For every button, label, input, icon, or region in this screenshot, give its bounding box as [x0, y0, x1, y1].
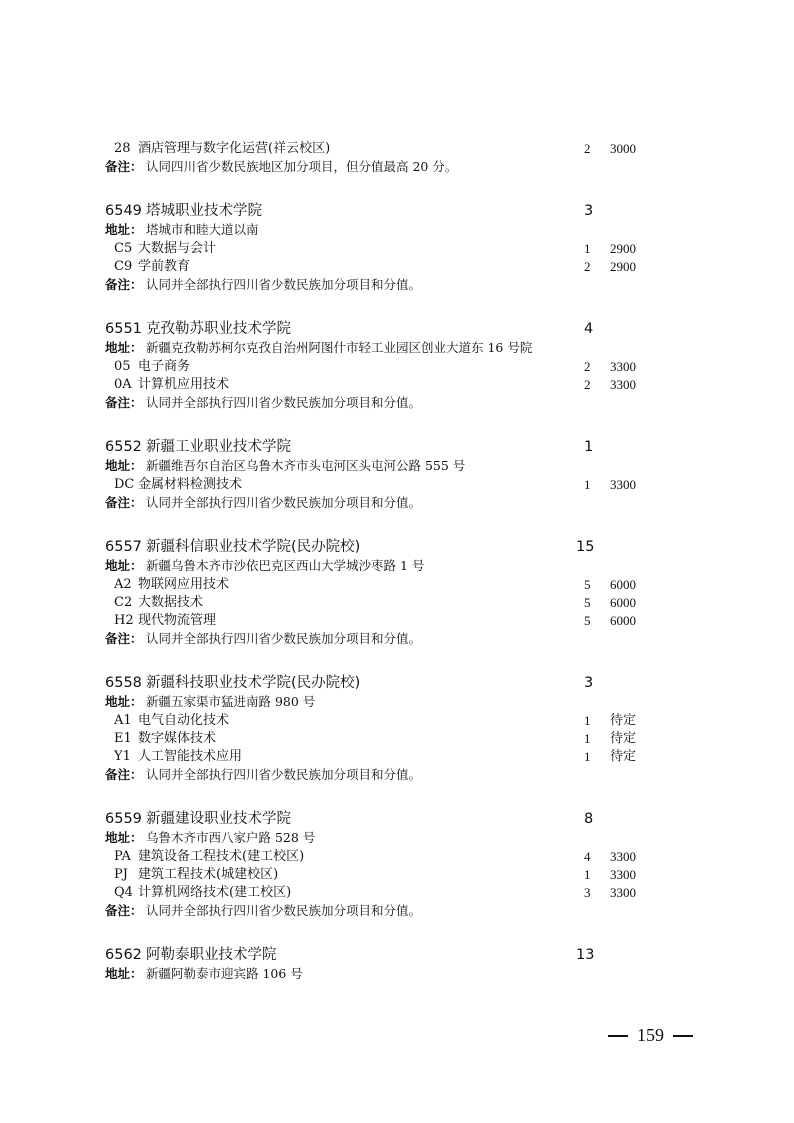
note-row: 备注： 认同并全部执行四川省少数民族加分项目和分值。 — [0, 902, 794, 920]
program-quota: 2 — [584, 140, 591, 158]
program-fee: 6000 — [610, 612, 636, 630]
address-label: 地址： — [105, 457, 143, 475]
institution-code: 6549 — [105, 202, 142, 220]
program-code: DC — [114, 476, 134, 494]
note-label: 备注： — [105, 494, 143, 512]
program-code: 05 — [114, 358, 131, 376]
program-fee: 3300 — [610, 476, 636, 494]
program-fee: 3300 — [610, 884, 636, 902]
address-row: 地址： 塔城市和睦大道以南 — [0, 221, 794, 239]
address-label: 地址： — [105, 965, 143, 983]
program-code: PJ — [114, 866, 128, 884]
institution-total: 8 — [584, 810, 593, 828]
institution-code: 6552 — [105, 438, 142, 456]
program-row: A2 物联网应用技术 5 6000 — [0, 576, 794, 594]
program-row: Q4 计算机网络技术(建工校区) 3 3300 — [0, 884, 794, 902]
institution-name: 新疆科技职业技术学院(民办院校) — [146, 674, 360, 692]
program-quota: 4 — [584, 848, 591, 866]
program-code: 0A — [114, 376, 132, 394]
institution-total: 13 — [576, 946, 594, 964]
address-text: 新疆五家渠市猛进南路 980 号 — [146, 693, 315, 711]
institution-name: 阿勒泰职业技术学院 — [146, 946, 277, 964]
program-row: A1 电气自动化技术 1 待定 — [0, 712, 794, 730]
address-label: 地址： — [105, 221, 143, 239]
page-footer: 159 — [608, 1024, 693, 1046]
note-text: 认同并全部执行四川省少数民族加分项目和分值。 — [146, 630, 421, 648]
program-quota: 1 — [584, 730, 591, 748]
institution-name: 新疆建设职业技术学院 — [146, 810, 291, 828]
program-name: 金属材料检测技术 — [138, 476, 242, 494]
dash-left-icon — [608, 1035, 628, 1037]
program-code: C9 — [114, 258, 132, 276]
address-row: 地址： 新疆乌鲁木齐市沙依巴克区西山大学城沙枣路 1 号 — [0, 557, 794, 575]
program-name: 电气自动化技术 — [138, 712, 229, 730]
institution-total: 1 — [584, 438, 593, 456]
program-quota: 2 — [584, 376, 591, 394]
institution-header: 6551 克孜勒苏职业技术学院 4 — [0, 320, 794, 338]
note-text: 认同四川省少数民族地区加分项目，但分值最高 20 分。 — [146, 158, 457, 176]
program-name: 学前教育 — [138, 258, 190, 276]
note-row: 备注： 认同并全部执行四川省少数民族加分项目和分值。 — [0, 394, 794, 412]
address-label: 地址： — [105, 557, 143, 575]
address-row: 地址： 新疆五家渠市猛进南路 980 号 — [0, 693, 794, 711]
program-name: 人工智能技术应用 — [138, 748, 242, 766]
institution-header: 6562 阿勒泰职业技术学院 13 — [0, 946, 794, 964]
note-label: 备注： — [105, 276, 143, 294]
institution-code: 6557 — [105, 538, 142, 556]
note-text: 认同并全部执行四川省少数民族加分项目和分值。 — [146, 394, 421, 412]
dash-right-icon — [673, 1035, 693, 1037]
note-row: 备注： 认同并全部执行四川省少数民族加分项目和分值。 — [0, 276, 794, 294]
address-row: 地址： 乌鲁木齐市西八家户路 528 号 — [0, 829, 794, 847]
program-code: C5 — [114, 240, 132, 258]
institution-name: 克孜勒苏职业技术学院 — [146, 320, 291, 338]
address-row: 地址： 新疆维吾尔自治区乌鲁木齐市头屯河区头屯河公路 555 号 — [0, 457, 794, 475]
program-code: A1 — [114, 712, 132, 730]
program-row: H2 现代物流管理 5 6000 — [0, 612, 794, 630]
program-fee: 2900 — [610, 240, 636, 258]
program-fee: 待定 — [610, 712, 636, 730]
address-text: 新疆乌鲁木齐市沙依巴克区西山大学城沙枣路 1 号 — [146, 557, 424, 575]
program-name: 建筑工程技术(城建校区) — [138, 866, 278, 884]
program-quota: 1 — [584, 748, 591, 766]
institution-header: 6559 新疆建设职业技术学院 8 — [0, 810, 794, 828]
address-label: 地址： — [105, 829, 143, 847]
page-number: 159 — [637, 1024, 664, 1046]
program-quota: 1 — [584, 476, 591, 494]
program-quota: 5 — [584, 576, 591, 594]
program-quota: 1 — [584, 712, 591, 730]
program-fee: 3000 — [610, 140, 636, 158]
note-row: 备注： 认同并全部执行四川省少数民族加分项目和分值。 — [0, 494, 794, 512]
note-label: 备注： — [105, 630, 143, 648]
institution-header: 6557 新疆科信职业技术学院(民办院校) 15 — [0, 538, 794, 556]
note-row: 备注： 认同并全部执行四川省少数民族加分项目和分值。 — [0, 630, 794, 648]
program-fee: 3300 — [610, 376, 636, 394]
program-row: 28 酒店管理与数字化运营(祥云校区) 2 3000 — [0, 140, 794, 158]
program-quota: 1 — [584, 866, 591, 884]
program-code: PA — [114, 848, 131, 866]
program-fee: 6000 — [610, 594, 636, 612]
program-row: PJ 建筑工程技术(城建校区) 1 3300 — [0, 866, 794, 884]
address-text: 乌鲁木齐市西八家户路 528 号 — [146, 829, 315, 847]
note-label: 备注： — [105, 766, 143, 784]
program-row: C9 学前教育 2 2900 — [0, 258, 794, 276]
program-fee: 6000 — [610, 576, 636, 594]
institution-name: 新疆科信职业技术学院(民办院校) — [146, 538, 360, 556]
program-quota: 1 — [584, 240, 591, 258]
program-name: 计算机应用技术 — [138, 376, 229, 394]
program-name: 大数据与会计 — [138, 240, 216, 258]
address-row: 地址： 新疆克孜勒苏柯尔克孜自治州阿图什市轻工业园区创业大道东 16 号院 — [0, 339, 794, 357]
address-text: 新疆阿勒泰市迎宾路 106 号 — [146, 965, 303, 983]
note-label: 备注： — [105, 158, 143, 176]
program-code: C2 — [114, 594, 132, 612]
program-name: 酒店管理与数字化运营(祥云校区) — [138, 140, 330, 158]
program-row: E1 数字媒体技术 1 待定 — [0, 730, 794, 748]
program-name: 物联网应用技术 — [138, 576, 229, 594]
program-row: C2 大数据技术 5 6000 — [0, 594, 794, 612]
institution-header: 6558 新疆科技职业技术学院(民办院校) 3 — [0, 674, 794, 692]
program-quota: 2 — [584, 358, 591, 376]
program-row: DC 金属材料检测技术 1 3300 — [0, 476, 794, 494]
address-row: 地址： 新疆阿勒泰市迎宾路 106 号 — [0, 965, 794, 983]
program-code: 28 — [114, 140, 131, 158]
institution-header: 6549 塔城职业技术学院 3 — [0, 202, 794, 220]
institution-header: 6552 新疆工业职业技术学院 1 — [0, 438, 794, 456]
note-text: 认同并全部执行四川省少数民族加分项目和分值。 — [146, 494, 421, 512]
note-text: 认同并全部执行四川省少数民族加分项目和分值。 — [146, 766, 421, 784]
address-text: 塔城市和睦大道以南 — [146, 221, 259, 239]
program-row: 0A 计算机应用技术 2 3300 — [0, 376, 794, 394]
institution-code: 6559 — [105, 810, 142, 828]
document-page: 28 酒店管理与数字化运营(祥云校区) 2 3000 备注： 认同四川省少数民族… — [0, 0, 794, 1123]
program-row: Y1 人工智能技术应用 1 待定 — [0, 748, 794, 766]
program-fee: 2900 — [610, 258, 636, 276]
program-code: E1 — [114, 730, 132, 748]
program-code: H2 — [114, 612, 134, 630]
program-code: Q4 — [114, 884, 133, 902]
program-quota: 5 — [584, 612, 591, 630]
program-name: 电子商务 — [138, 358, 190, 376]
address-text: 新疆克孜勒苏柯尔克孜自治州阿图什市轻工业园区创业大道东 16 号院 — [146, 339, 532, 357]
program-row: 05 电子商务 2 3300 — [0, 358, 794, 376]
program-fee: 3300 — [610, 866, 636, 884]
institution-name: 塔城职业技术学院 — [146, 202, 262, 220]
program-fee: 3300 — [610, 848, 636, 866]
program-code: A2 — [114, 576, 132, 594]
note-label: 备注： — [105, 394, 143, 412]
institution-code: 6551 — [105, 320, 142, 338]
program-quota: 2 — [584, 258, 591, 276]
program-quota: 3 — [584, 884, 591, 902]
address-text: 新疆维吾尔自治区乌鲁木齐市头屯河区头屯河公路 555 号 — [146, 457, 465, 475]
program-name: 大数据技术 — [138, 594, 203, 612]
address-label: 地址： — [105, 693, 143, 711]
institution-total: 15 — [576, 538, 594, 556]
note-text: 认同并全部执行四川省少数民族加分项目和分值。 — [146, 276, 421, 294]
program-fee: 待定 — [610, 730, 636, 748]
address-label: 地址： — [105, 339, 143, 357]
program-name: 建筑设备工程技术(建工校区) — [138, 848, 304, 866]
program-row: PA 建筑设备工程技术(建工校区) 4 3300 — [0, 848, 794, 866]
program-row: C5 大数据与会计 1 2900 — [0, 240, 794, 258]
program-fee: 3300 — [610, 358, 636, 376]
institution-total: 3 — [584, 202, 593, 220]
institution-name: 新疆工业职业技术学院 — [146, 438, 291, 456]
note-row: 备注： 认同并全部执行四川省少数民族加分项目和分值。 — [0, 766, 794, 784]
note-row: 备注： 认同四川省少数民族地区加分项目，但分值最高 20 分。 — [0, 158, 794, 176]
program-name: 数字媒体技术 — [138, 730, 216, 748]
program-code: Y1 — [114, 748, 131, 766]
program-name: 现代物流管理 — [138, 612, 216, 630]
institution-total: 4 — [584, 320, 593, 338]
institution-total: 3 — [584, 674, 593, 692]
note-label: 备注： — [105, 902, 143, 920]
institution-code: 6562 — [105, 946, 142, 964]
note-text: 认同并全部执行四川省少数民族加分项目和分值。 — [146, 902, 421, 920]
program-quota: 5 — [584, 594, 591, 612]
institution-code: 6558 — [105, 674, 142, 692]
program-name: 计算机网络技术(建工校区) — [138, 884, 291, 902]
program-fee: 待定 — [610, 748, 636, 766]
